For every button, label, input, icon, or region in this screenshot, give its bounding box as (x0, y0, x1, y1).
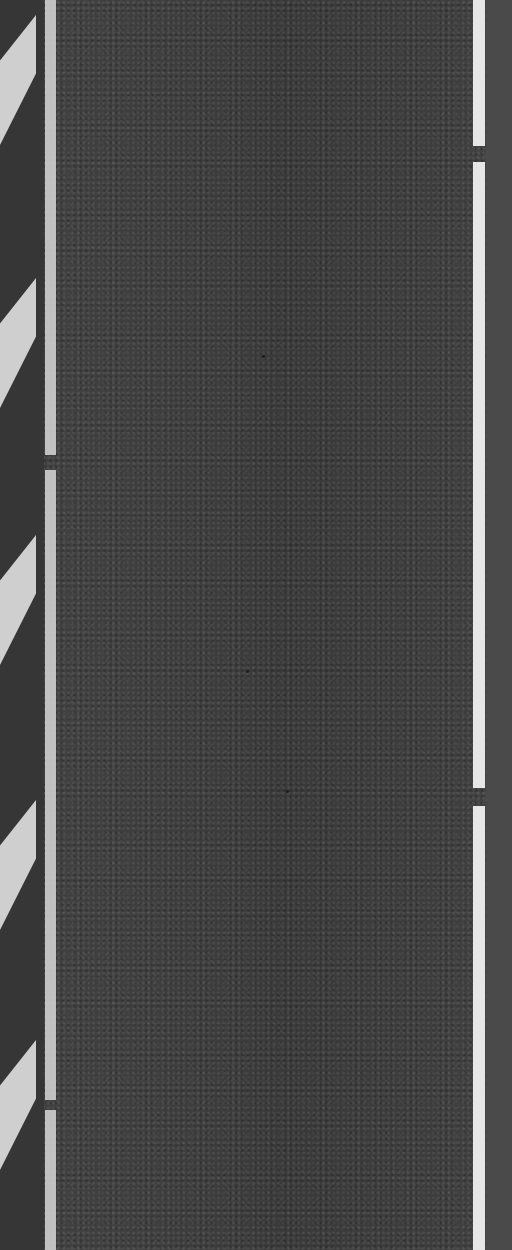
lane-dash (473, 0, 485, 146)
pavement-spot (286, 790, 289, 793)
left-edge-line (45, 470, 56, 1100)
pavement-spot (246, 670, 249, 673)
pavement-spot (262, 355, 265, 358)
left-edge-line (45, 1110, 56, 1250)
lane-dash (473, 806, 485, 1250)
left-edge-line (45, 0, 56, 455)
road-scene (0, 0, 512, 1250)
lane-dash (473, 162, 485, 788)
right-shoulder (486, 0, 512, 1250)
